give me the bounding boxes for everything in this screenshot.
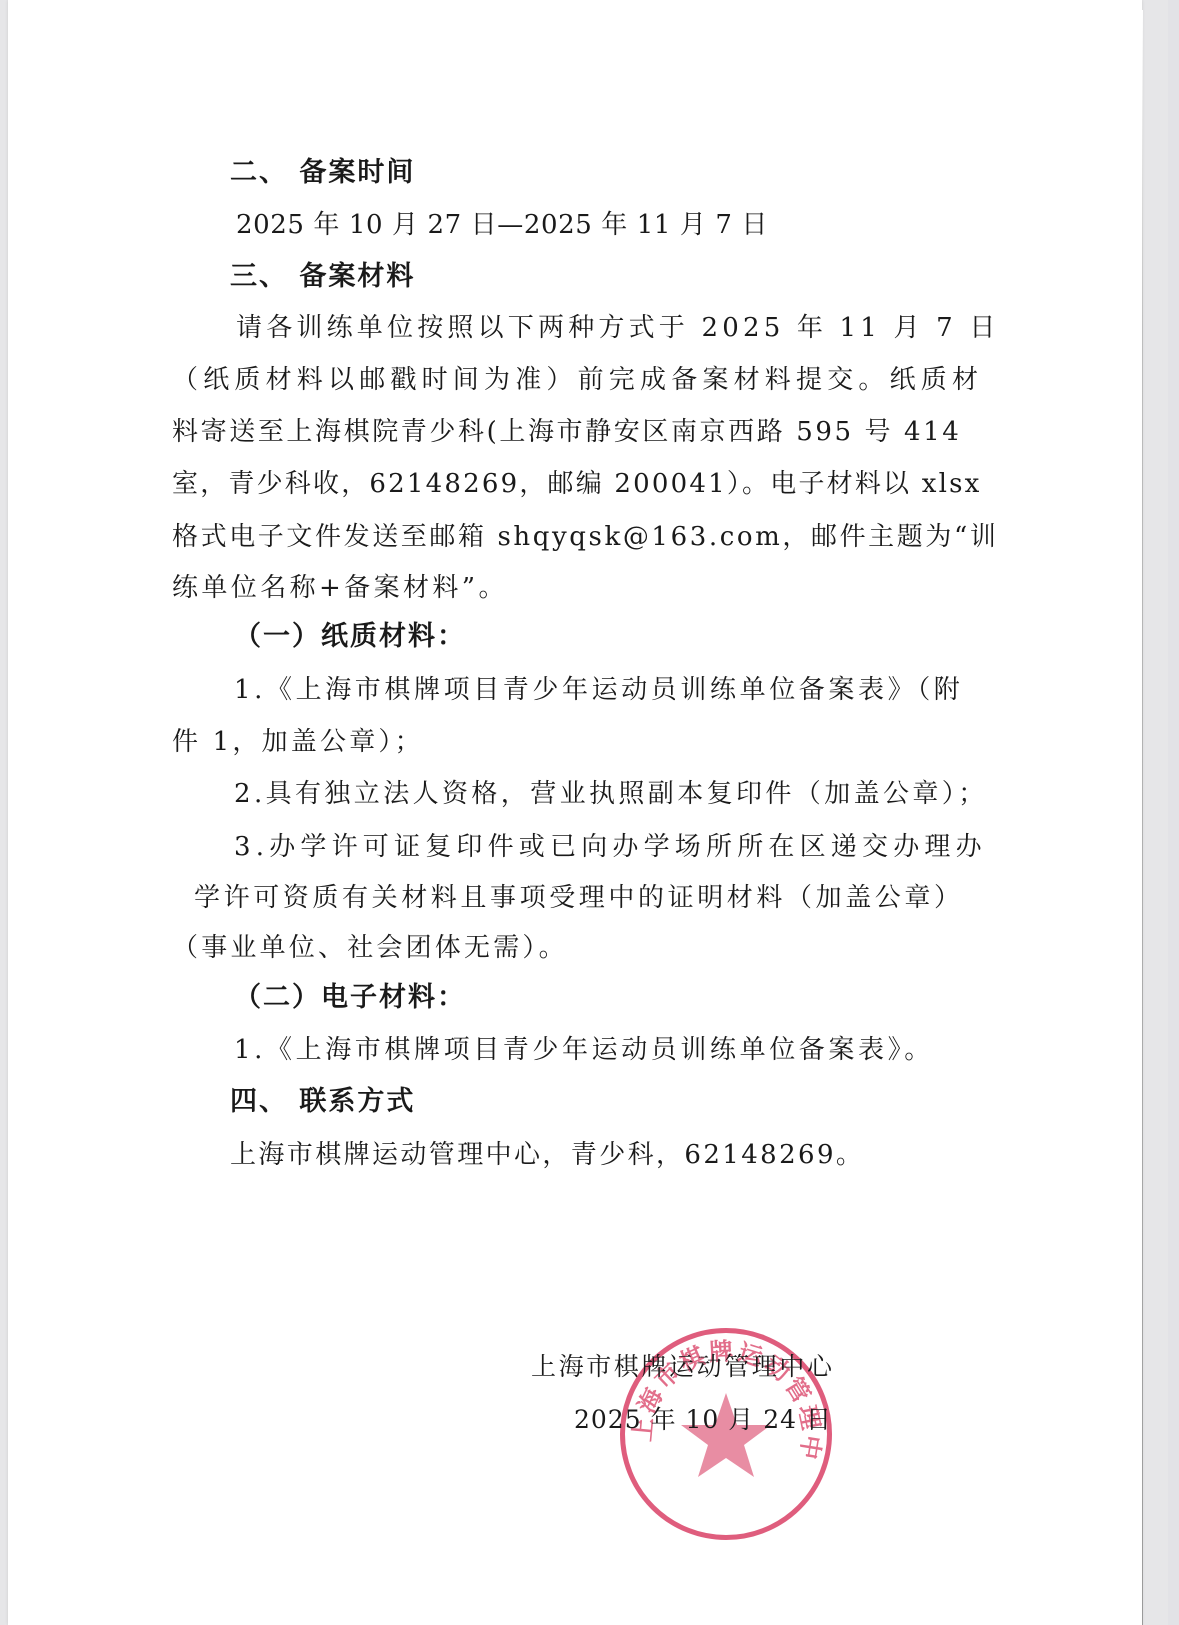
subheading-paper-materials: （一）纸质材料： xyxy=(234,620,466,654)
intro-line-3: 料寄送至上海棋院青少科(上海市静安区南京西路 595 号 414 xyxy=(172,415,961,449)
filing-date-range: 2025 年 10 月 27 日—2025 年 11 月 7 日 xyxy=(236,208,768,242)
intro-line-1: 请各训练单位按照以下两种方式于 2025 年 11 月 7 日 xyxy=(236,311,1000,345)
paper-item-1-line-1: 1.《上海市棋牌项目青少年运动员训练单位备案表》（附 xyxy=(234,673,963,707)
section-heading-contact: 四、 联系方式 xyxy=(230,1085,415,1119)
paper-item-3-line-3: （事业单位、社会团体无需）。 xyxy=(172,931,568,965)
intro-line-6: 练单位名称+备案材料”。 xyxy=(172,571,508,605)
electronic-item-1: 1.《上海市棋牌项目青少年运动员训练单位备案表》。 xyxy=(234,1033,934,1067)
paper-item-1-line-2: 件 1，加盖公章）； xyxy=(172,725,424,759)
intro-line-4: 室，青少科收，62148269，邮编 200041）。电子材料以 xlsx xyxy=(172,467,982,501)
subheading-electronic-materials: （二）电子材料： xyxy=(234,981,466,1015)
viewer-right-margin xyxy=(1168,0,1179,1625)
paper-item-3-line-2: 学许可资质有关材料且事项受理中的证明材料（加盖公章） xyxy=(194,881,964,915)
contact-info: 上海市棋牌运动管理中心，青少科，62148269。 xyxy=(230,1138,864,1172)
intro-line-5: 格式电子文件发送至邮箱 shqyqsk@163.com，邮件主题为“训 xyxy=(172,520,998,554)
section-heading-filing-time: 二、 备案时间 xyxy=(230,156,415,190)
signature-organization: 上海市棋牌运动管理中心 xyxy=(531,1350,835,1384)
paper-item-3-line-1: 3.办学许可证复印件或已向办学场所所在区递交办理办 xyxy=(234,830,987,864)
signature-date: 2025 年 10 月 24 日 xyxy=(574,1403,832,1437)
document-page: 二、 备案时间 2025 年 10 月 27 日—2025 年 11 月 7 日… xyxy=(8,0,1142,1625)
intro-line-2: （纸质材料以邮戳时间为准）前完成备案材料提交。纸质材 xyxy=(172,363,983,397)
page-edge-divider xyxy=(1142,10,1143,1625)
section-heading-filing-materials: 三、 备案材料 xyxy=(230,260,415,294)
paper-item-2: 2.具有独立法人资格，营业执照副本复印件（加盖公章）； xyxy=(234,777,988,811)
